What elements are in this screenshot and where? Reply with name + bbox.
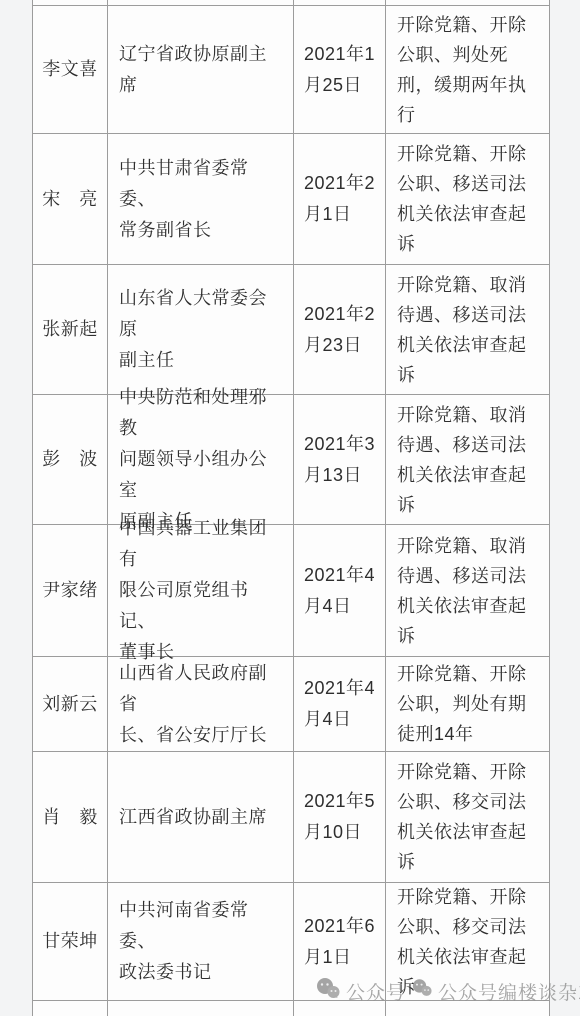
punishment-cell: 开除党籍、开除 公职、移交司法 机关依法审查起 诉 <box>385 752 548 882</box>
position-cell: 中共河南省委常委、 政法委书记 <box>107 883 293 1000</box>
table-cell-empty <box>107 1001 293 1016</box>
name-cell: 李文喜 <box>33 6 107 133</box>
punishment-cell: 开除党籍、开除 公职、移送司法 机关依法审查起 诉 <box>385 134 548 264</box>
date-cell: 2021年4 月4日 <box>293 525 385 656</box>
punishment-table: 李文喜 辽宁省政协原副主席 2021年1 月25日 开除党籍、开除 公职、判处死… <box>32 0 550 1016</box>
table-row: 李文喜 辽宁省政协原副主席 2021年1 月25日 开除党籍、开除 公职、判处死… <box>33 6 549 134</box>
name-cell: 肖 毅 <box>33 752 107 882</box>
position-cell: 中国兵器工业集团有 限公司原党组书记、 董事长 <box>107 525 293 656</box>
wechat-icon <box>412 979 432 1003</box>
table-row: 宋 亮 中共甘肃省委常委、 常务副省长 2021年2 月1日 开除党籍、开除 公… <box>33 134 549 265</box>
wechat-icon <box>316 978 340 1005</box>
table-cell-empty <box>33 1001 107 1016</box>
position-cell: 江西省政协副主席 <box>107 752 293 882</box>
name-cell: 尹家绪 <box>33 525 107 656</box>
date-cell: 2021年2 月1日 <box>293 134 385 264</box>
table-row: 尹家绪 中国兵器工业集团有 限公司原党组书记、 董事长 2021年4 月4日 开… <box>33 525 549 657</box>
position-cell: 山东省人大常委会原 副主任 <box>107 265 293 394</box>
punishment-cell: 开除党籍、取消 待遇、移送司法 机关依法审查起 诉 <box>385 265 548 394</box>
watermark-text: 公众号编楼谈杂志 <box>438 978 580 1005</box>
date-cell: 2021年4 月4日 <box>293 657 385 751</box>
position-cell: 山西省人民政府副省 长、省公安厅厅长 <box>107 657 293 751</box>
punishment-cell: 开除党籍、开除 公职、判处死 刑，缓期两年执 行 <box>385 6 548 133</box>
date-cell: 2021年5 月10日 <box>293 752 385 882</box>
punishment-cell: 开除党籍、取消 待遇、移送司法 机关依法审查起 诉 <box>385 395 548 524</box>
date-cell: 2021年2 月23日 <box>293 265 385 394</box>
name-cell: 张新起 <box>33 265 107 394</box>
date-cell: 2021年3 月13日 <box>293 395 385 524</box>
table-cell-empty <box>385 0 548 5</box>
date-cell: 2021年1 月25日 <box>293 6 385 133</box>
table-row: 肖 毅 江西省政协副主席 2021年5 月10日 开除党籍、开除 公职、移交司法… <box>33 752 549 883</box>
watermark: 公众号 公众号编楼谈杂志 <box>316 977 580 1005</box>
table-row: 张新起 山东省人大常委会原 副主任 2021年2 月23日 开除党籍、取消 待遇… <box>33 265 549 395</box>
table-cell-empty <box>33 0 107 5</box>
punishment-cell: 开除党籍、开除 公职，判处有期 徒刑14年 <box>385 657 548 751</box>
name-cell: 刘新云 <box>33 657 107 751</box>
name-cell: 甘荣坤 <box>33 883 107 1000</box>
watermark-text: 公众号 <box>346 978 406 1005</box>
table-cell-empty <box>107 0 293 5</box>
punishment-cell: 开除党籍、取消 待遇、移送司法 机关依法审查起 诉 <box>385 525 548 656</box>
table-row: 刘新云 山西省人民政府副省 长、省公安厅厅长 2021年4 月4日 开除党籍、开… <box>33 657 549 752</box>
name-cell: 彭 波 <box>33 395 107 524</box>
position-cell: 中央防范和处理邪教 问题领导小组办公室 原副主任 <box>107 395 293 524</box>
table-cell-empty <box>293 0 385 5</box>
position-cell: 中共甘肃省委常委、 常务副省长 <box>107 134 293 264</box>
table-row: 彭 波 中央防范和处理邪教 问题领导小组办公室 原副主任 2021年3 月13日… <box>33 395 549 525</box>
name-cell: 宋 亮 <box>33 134 107 264</box>
position-cell: 辽宁省政协原副主席 <box>107 6 293 133</box>
